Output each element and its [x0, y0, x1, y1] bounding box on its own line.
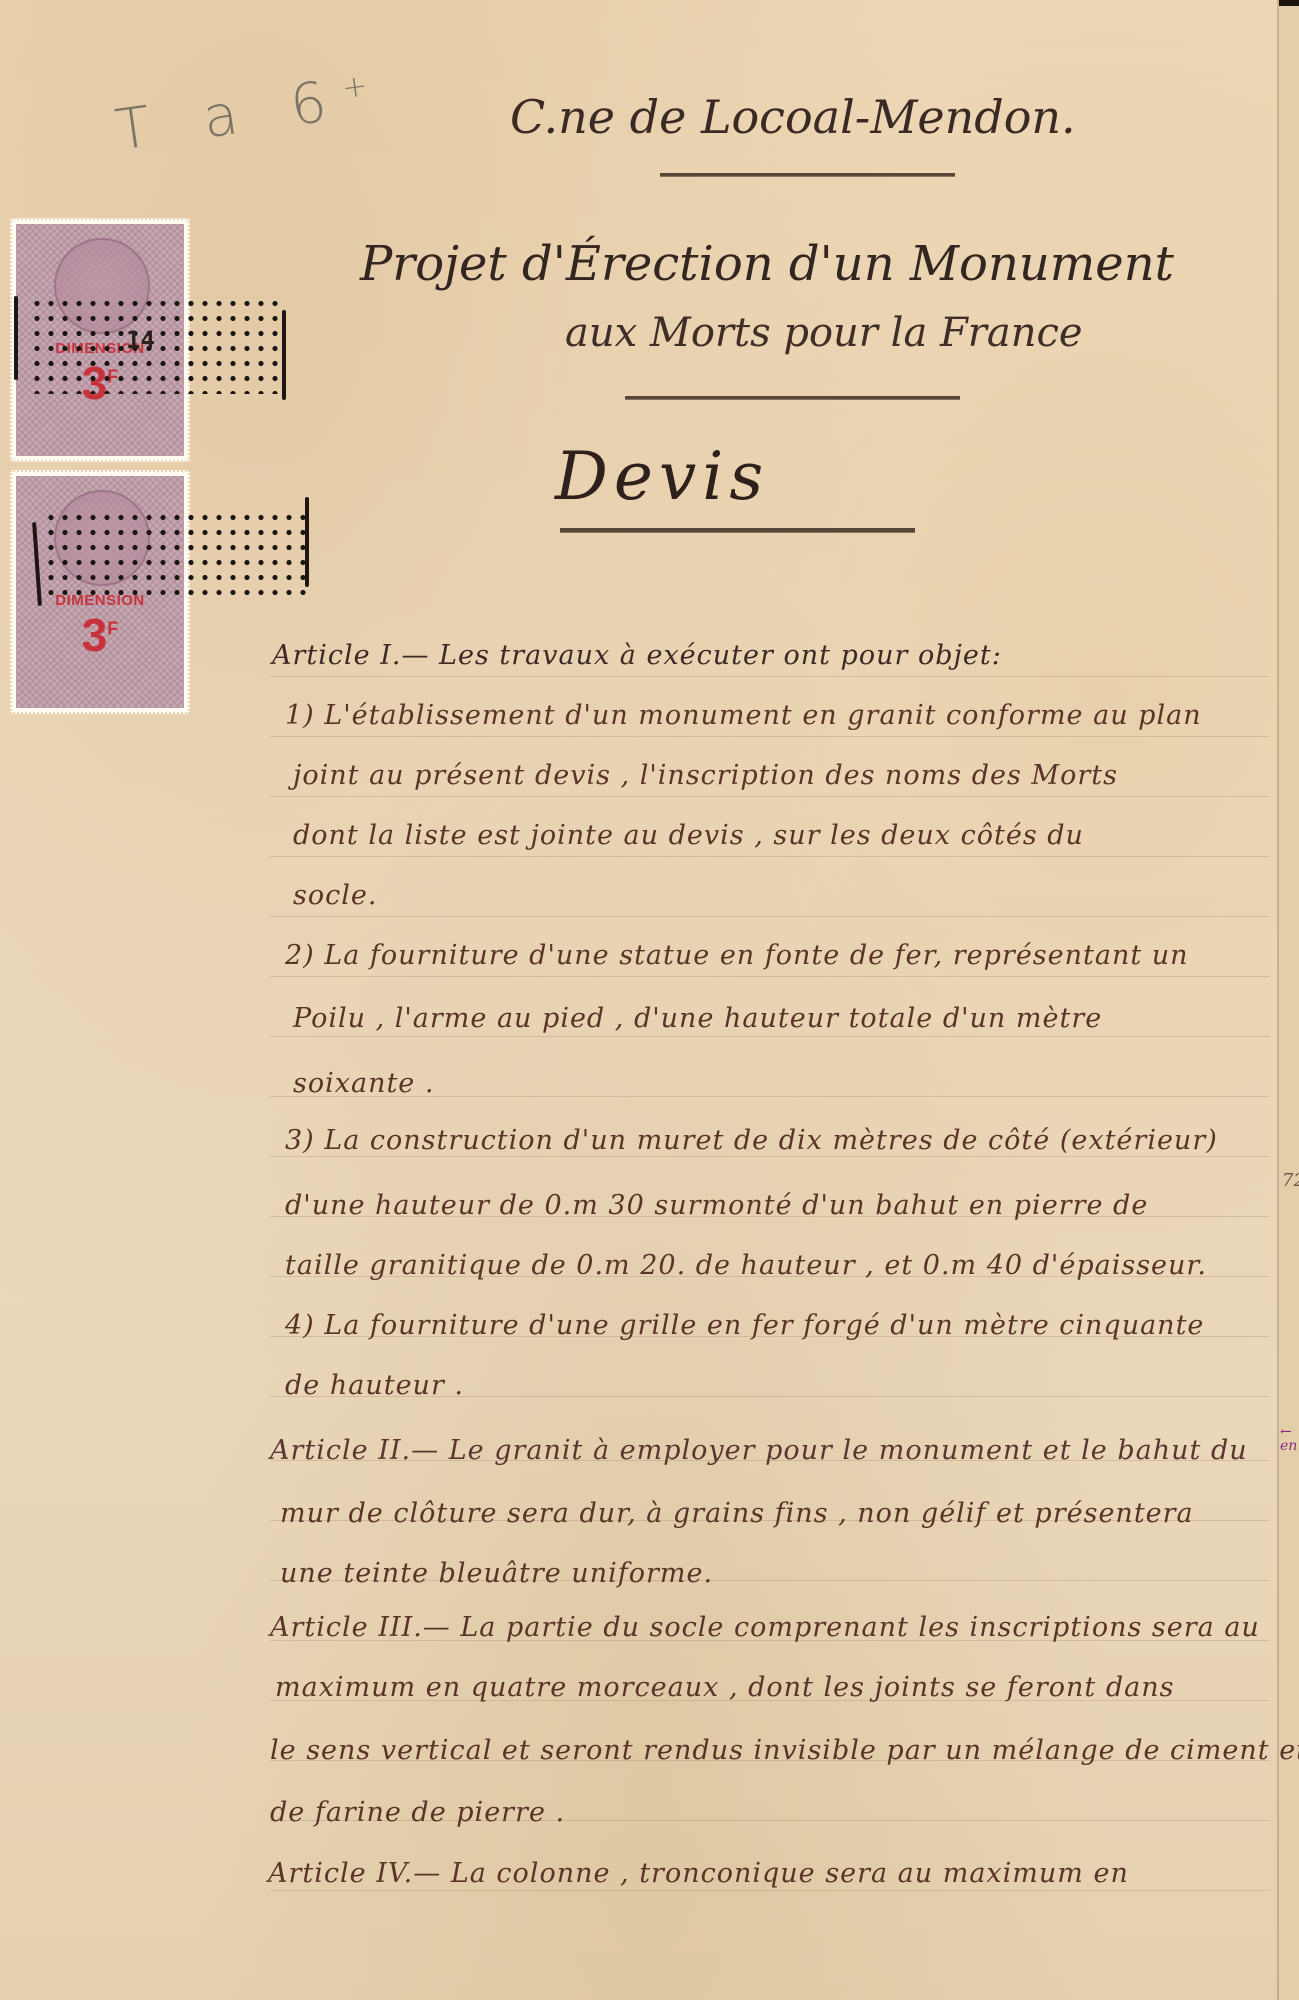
- text-line: 2) La fourniture d'une statue en fonte d…: [285, 940, 1189, 971]
- margin-note: 72: [1282, 1170, 1299, 1191]
- article-heading: Article I.— Les travaux à exécuter ont p…: [272, 640, 1002, 671]
- ruled-line: [270, 1890, 1270, 1891]
- ruled-line: [270, 856, 1270, 857]
- text-line: joint au présent devis , l'inscription d…: [293, 760, 1118, 791]
- divider-rule: [660, 173, 955, 177]
- pencil-mark-letter: T: [112, 92, 173, 164]
- perforation-number: 14: [126, 326, 155, 354]
- ruled-line: [270, 1036, 1270, 1037]
- article-heading: Article II.— Le granit à employer pour l…: [270, 1435, 1248, 1466]
- text-line: le sens vertical et seront rendus invisi…: [270, 1735, 1299, 1766]
- cancel-bar: [305, 497, 309, 587]
- text-line: 1) L'établissement d'un monument en gran…: [285, 700, 1202, 731]
- pencil-mark-sup: +: [340, 66, 388, 107]
- page-fold-line: [1277, 0, 1279, 2000]
- ruled-line: [270, 676, 1270, 677]
- cancel-bar: [282, 310, 286, 400]
- perforation-cancel-mark: [44, 510, 306, 600]
- ruled-line: [270, 736, 1270, 737]
- devis-heading: Devis: [555, 438, 769, 515]
- article-heading: Article IV.— La colonne , tronconique se…: [268, 1858, 1129, 1889]
- text-line: mur de clôture sera dur, à grains fins ,…: [280, 1498, 1194, 1529]
- text-line: taille granitique de 0.m 20. de hauteur …: [285, 1250, 1207, 1281]
- scan-corner: [1279, 0, 1299, 6]
- text-line: dont la liste est jointe au devis , sur …: [293, 820, 1084, 851]
- text-line: maximum en quatre morceaux , dont les jo…: [275, 1672, 1174, 1703]
- commune-heading: C.ne de Locoal-Mendon.: [510, 90, 1076, 144]
- text-line: une teinte bleuâtre uniforme.: [280, 1558, 713, 1589]
- ruled-line: [270, 976, 1270, 977]
- text-line: 4) La fourniture d'une grille en fer for…: [285, 1310, 1204, 1341]
- article-heading: Article III.— La partie du socle compren…: [270, 1612, 1260, 1643]
- page-edge: [1279, 0, 1299, 2000]
- text-line: 3) La construction d'un muret de dix mèt…: [285, 1125, 1218, 1156]
- project-title-line1: Projet d'Érection d'un Monument: [360, 236, 1174, 292]
- divider-rule: [625, 396, 960, 400]
- ruled-line: [270, 1156, 1270, 1157]
- pencil-mark-text: a 6: [199, 67, 348, 151]
- text-line: Poilu , l'arme au pied , d'une hauteur t…: [293, 1003, 1102, 1034]
- document-page: T a 6+ C.ne de Locoal-Mendon. Projet d'É…: [0, 0, 1299, 2000]
- ruled-line: [270, 916, 1270, 917]
- text-line: de farine de pierre .: [270, 1797, 565, 1828]
- cancel-bar: [14, 296, 18, 380]
- perforation-cancel-mark: [30, 296, 280, 394]
- margin-note: ← en: [1280, 1425, 1297, 1453]
- divider-rule: [560, 528, 915, 533]
- pencil-annotation: T a 6+: [112, 61, 391, 163]
- ruled-line: [270, 796, 1270, 797]
- project-title-line2: aux Morts pour la France: [565, 310, 1083, 356]
- text-line: soixante .: [293, 1068, 434, 1099]
- text-line: d'une hauteur de 0.m 30 surmonté d'un ba…: [285, 1190, 1148, 1221]
- text-line: de hauteur .: [285, 1370, 464, 1401]
- stamp-value: 3F: [16, 608, 184, 662]
- text-line: socle.: [293, 880, 377, 911]
